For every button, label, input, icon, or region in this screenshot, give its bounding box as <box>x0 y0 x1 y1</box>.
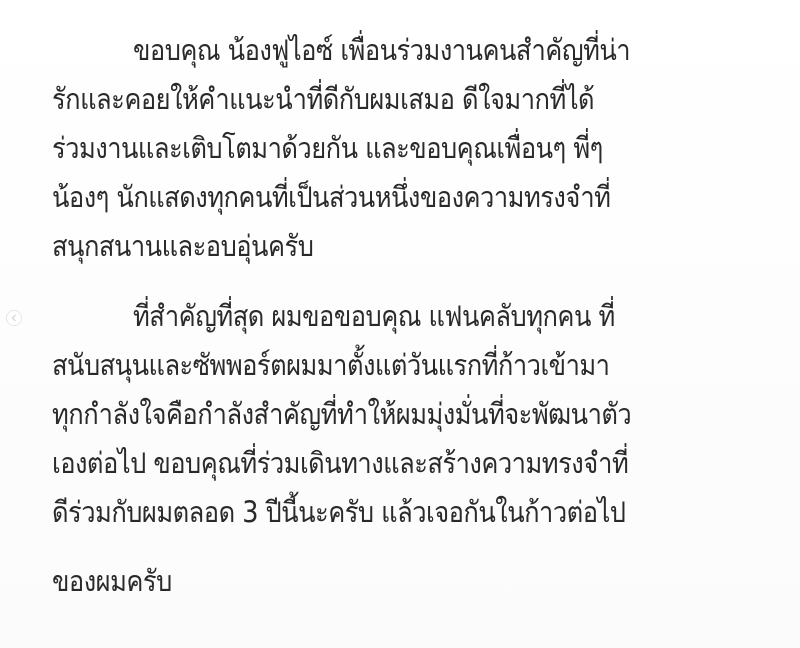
carousel-prev-button[interactable] <box>6 310 22 326</box>
paragraph-2-line-5: ดีร่วมกับผมตลอด 3 ปีนี้นะครับ แล้วเจอกัน… <box>52 492 625 532</box>
paragraph-2-line-3: ทุกกำลังใจคือกำลังสำคัญที่ทำให้ผมมุ่งมั่… <box>52 394 631 434</box>
paragraph-2-line-4: เองต่อไป ขอบคุณที่ร่วมเดินทางและสร้างควา… <box>52 443 628 483</box>
document-page: ขอบคุณ น้องฟูไอซ์ เพื่อนร่วมงานคนสำคัญที… <box>0 0 800 648</box>
paragraph-1-line-5: สนุกสนานและอบอุ่นครับ <box>52 226 313 266</box>
paragraph-2-line-1: ที่สำคัญที่สุด ผมขอขอบคุณ แฟนคลับทุกคน ท… <box>133 296 615 336</box>
chevron-left-icon <box>10 314 18 322</box>
paragraph-1-line-4: น้องๆ นักแสดงทุกคนที่เป็นส่วนหนึ่งของควา… <box>52 177 610 217</box>
paragraph-2-line-6: ของผมครับ <box>52 561 172 601</box>
paragraph-1-line-2: รักและคอยให้คำแนะนำที่ดีกับผมเสมอ ดีใจมา… <box>52 79 594 119</box>
paragraph-1-line-3: ร่วมงานและเติบโตมาด้วยกัน และขอบคุณเพื่อ… <box>52 128 603 168</box>
paragraph-2-line-2: สนับสนุนและซัพพอร์ตผมมาตั้งแต่วันแรกที่ก… <box>52 345 609 385</box>
paragraph-1-line-1: ขอบคุณ น้องฟูไอซ์ เพื่อนร่วมงานคนสำคัญที… <box>133 30 630 70</box>
